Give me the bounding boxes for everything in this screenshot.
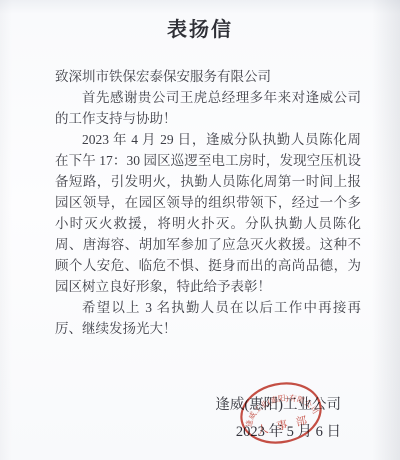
letter-page: 表扬信 致深圳市铁保宏泰保安服务有限公司 首先感谢贵公司王虎总经理多年来对逢威公… (0, 0, 400, 460)
paragraph-incident: 2023 年 4 月 29 日，逢威分队执勤人员陈化周在下午 17：30 园区巡… (55, 129, 361, 297)
paragraph-thanks: 首先感谢贵公司王虎总经理多年来对逢威公司的工作支持与协助！ (55, 87, 361, 129)
letter-title: 表扬信 (0, 0, 400, 42)
paragraph-hope: 希望以上 3 名执勤人员在以后工作中再接再厉、继续发扬光大！ (55, 297, 361, 339)
signature-block: 逢威(惠阳)工业公司 2023 年 5 月 6 日 (0, 392, 400, 446)
letter-body: 致深圳市铁保宏泰保安服务有限公司 首先感谢贵公司王虎总经理多年来对逢威公司的工作… (55, 66, 361, 339)
salutation-line: 致深圳市铁保宏泰保安服务有限公司 (55, 66, 361, 87)
seal-department-text: 人 事 部 (256, 412, 311, 437)
